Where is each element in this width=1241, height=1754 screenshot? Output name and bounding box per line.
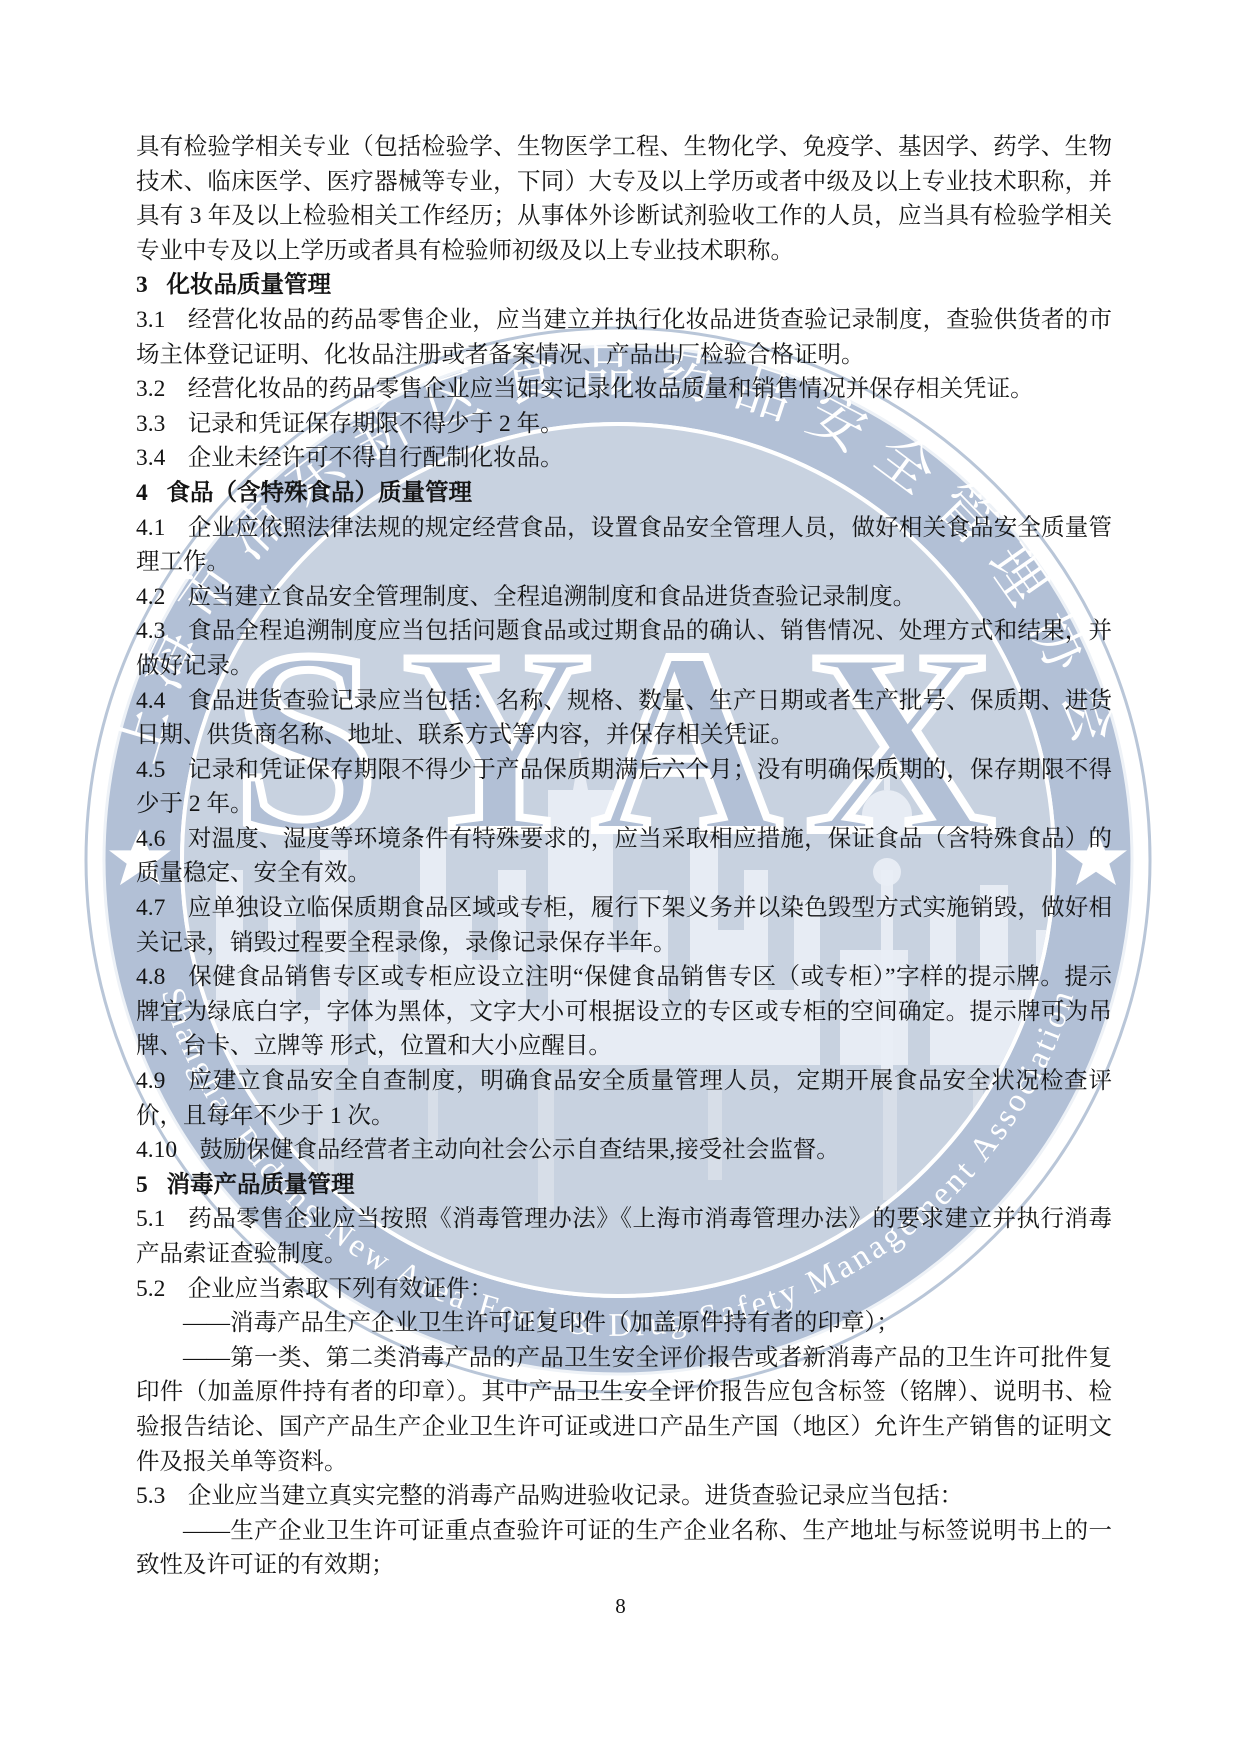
paragraph: 5.1药品零售企业应当按照《消毒管理办法》《上海市消毒管理办法》的要求建立并执行… xyxy=(136,1202,1112,1271)
paragraph-text: 应建立食品安全自查制度，明确食品安全质量管理人员，定期开展食品安全状况检查评价，… xyxy=(136,1068,1112,1129)
item-number: 3 xyxy=(136,272,148,298)
item-number: 3.4 xyxy=(136,445,165,471)
paragraph: 5.3企业应当建立真实完整的消毒产品购进验收记录。进货查验记录应当包括： xyxy=(136,1479,1112,1514)
paragraph: 4.10鼓励保健食品经营者主动向社会公示自查结果,接受社会监督。 xyxy=(136,1133,1112,1168)
document-page: SYAX 上海市浦东新区食品药品安全管理协会 Shanghai Pudong N… xyxy=(0,0,1241,1754)
paragraph: 3.4企业未经许可不得自行配制化妆品。 xyxy=(136,441,1112,476)
paragraph-text: 食品进货查验记录应当包括：名称、规格、数量、生产日期或者生产批号、保质期、进货日… xyxy=(136,688,1112,749)
item-number: 4.1 xyxy=(136,515,165,541)
item-number: 3.2 xyxy=(136,376,165,402)
paragraph: 4.6对温度、湿度等环境条件有特殊要求的，应当采取相应措施，保证食品（含特殊食品… xyxy=(136,822,1112,891)
paragraph: 4.7应单独设立临保质期食品区域或专柜，履行下架义务并以染色毁型方式实施销毁，做… xyxy=(136,891,1112,960)
item-number: 4.4 xyxy=(136,688,165,714)
paragraph: 4.8保健食品销售专区或专柜应设立注明“保健食品销售专区（或专柜）”字样的提示牌… xyxy=(136,960,1112,1064)
paragraph-text: 企业应当建立真实完整的消毒产品购进验收记录。进货查验记录应当包括： xyxy=(188,1483,964,1509)
item-number: 4.5 xyxy=(136,757,165,783)
paragraph: 具有检验学相关专业（包括检验学、生物医学工程、生物化学、免疫学、基因学、药学、生… xyxy=(136,130,1112,268)
section-heading: 4食品（含特殊食品）质量管理 xyxy=(136,476,1112,511)
document-body: 具有检验学相关专业（包括检验学、生物医学工程、生物化学、免疫学、基因学、药学、生… xyxy=(136,130,1112,1583)
paragraph-text: ——消毒产品生产企业卫生许可证复印件（加盖原件持有者的印章）； xyxy=(183,1310,900,1336)
paragraph-text: 记录和凭证保存期限不得少于产品保质期满后六个月；没有明确保质期的，保存期限不得少… xyxy=(136,757,1112,818)
section-heading: 5消毒产品质量管理 xyxy=(136,1168,1112,1203)
paragraph-text: 食品（含特殊食品）质量管理 xyxy=(167,480,473,506)
paragraph-text: ——生产企业卫生许可证重点查验许可证的生产企业名称、生产地址与标签说明书上的一致… xyxy=(136,1518,1112,1579)
section-heading: 3化妆品质量管理 xyxy=(136,268,1112,303)
paragraph: 4.3食品全程追溯制度应当包括问题食品或过期食品的确认、销售情况、处理方式和结果… xyxy=(136,614,1112,683)
paragraph-text: 食品全程追溯制度应当包括问题食品或过期食品的确认、销售情况、处理方式和结果，并做… xyxy=(136,618,1112,679)
item-number: 4.8 xyxy=(136,964,165,990)
paragraph-text: 保健食品销售专区或专柜应设立注明“保健食品销售专区（或专柜）”字样的提示牌。提示… xyxy=(136,964,1112,1059)
paragraph: 4.4食品进货查验记录应当包括：名称、规格、数量、生产日期或者生产批号、保质期、… xyxy=(136,684,1112,753)
item-number: 4.9 xyxy=(136,1068,165,1094)
paragraph: ——生产企业卫生许可证重点查验许可证的生产企业名称、生产地址与标签说明书上的一致… xyxy=(136,1514,1112,1583)
paragraph: 3.3记录和凭证保存期限不得少于 2 年。 xyxy=(136,407,1112,442)
paragraph-text: 企业应依照法律法规的规定经营食品，设置食品安全管理人员，做好相关食品安全质量管理… xyxy=(136,515,1112,576)
paragraph: ——第一类、第二类消毒产品的产品卫生安全评价报告或者新消毒产品的卫生许可批件复印… xyxy=(136,1341,1112,1479)
paragraph: 4.1企业应依照法律法规的规定经营食品，设置食品安全管理人员，做好相关食品安全质… xyxy=(136,511,1112,580)
paragraph: 4.2应当建立食品安全管理制度、全程追溯制度和食品进货查验记录制度。 xyxy=(136,580,1112,615)
item-number: 5 xyxy=(136,1172,148,1198)
item-number: 4 xyxy=(136,480,148,506)
paragraph-text: 经营化妆品的药品零售企业，应当建立并执行化妆品进货查验记录制度，查验供货者的市场… xyxy=(136,307,1112,368)
paragraph-text: 企业应当索取下列有效证件： xyxy=(188,1276,494,1302)
paragraph-text: 应单独设立临保质期食品区域或专柜，履行下架义务并以染色毁型方式实施销毁，做好相关… xyxy=(136,895,1112,956)
paragraph-text: 应当建立食品安全管理制度、全程追溯制度和食品进货查验记录制度。 xyxy=(188,584,917,610)
paragraph: 3.1经营化妆品的药品零售企业，应当建立并执行化妆品进货查验记录制度，查验供货者… xyxy=(136,303,1112,372)
paragraph-text: 鼓励保健食品经营者主动向社会公示自查结果,接受社会监督。 xyxy=(199,1137,839,1163)
paragraph: 4.9应建立食品安全自查制度，明确食品安全质量管理人员，定期开展食品安全状况检查… xyxy=(136,1064,1112,1133)
paragraph: 3.2经营化妆品的药品零售企业应当如实记录化妆品质量和销售情况并保存相关凭证。 xyxy=(136,372,1112,407)
paragraph-text: 企业未经许可不得自行配制化妆品。 xyxy=(188,445,564,471)
paragraph-text: 药品零售企业应当按照《消毒管理办法》《上海市消毒管理办法》的要求建立并执行消毒产… xyxy=(136,1206,1112,1267)
item-number: 4.10 xyxy=(136,1137,177,1163)
paragraph-text: ——第一类、第二类消毒产品的产品卫生安全评价报告或者新消毒产品的卫生许可批件复印… xyxy=(136,1345,1112,1475)
item-number: 5.1 xyxy=(136,1206,165,1232)
item-number: 5.3 xyxy=(136,1483,165,1509)
item-number: 3.3 xyxy=(136,411,165,437)
paragraph: 5.2企业应当索取下列有效证件： xyxy=(136,1272,1112,1307)
item-number: 4.2 xyxy=(136,584,165,610)
paragraph: ——消毒产品生产企业卫生许可证复印件（加盖原件持有者的印章）； xyxy=(136,1306,1112,1341)
item-number: 4.7 xyxy=(136,895,165,921)
item-number: 3.1 xyxy=(136,307,165,333)
paragraph-text: 化妆品质量管理 xyxy=(167,272,332,298)
paragraph-text: 对温度、湿度等环境条件有特殊要求的，应当采取相应措施，保证食品（含特殊食品）的质… xyxy=(136,826,1112,887)
paragraph-text: 消毒产品质量管理 xyxy=(167,1172,355,1198)
paragraph: 4.5记录和凭证保存期限不得少于产品保质期满后六个月；没有明确保质期的，保存期限… xyxy=(136,753,1112,822)
paragraph-text: 记录和凭证保存期限不得少于 2 年。 xyxy=(188,411,564,437)
paragraph-text: 具有检验学相关专业（包括检验学、生物医学工程、生物化学、免疫学、基因学、药学、生… xyxy=(136,134,1112,264)
paragraph-text: 经营化妆品的药品零售企业应当如实记录化妆品质量和销售情况并保存相关凭证。 xyxy=(188,376,1034,402)
item-number: 4.3 xyxy=(136,618,165,644)
item-number: 5.2 xyxy=(136,1276,165,1302)
item-number: 4.6 xyxy=(136,826,165,852)
page-number: 8 xyxy=(0,1594,1241,1619)
